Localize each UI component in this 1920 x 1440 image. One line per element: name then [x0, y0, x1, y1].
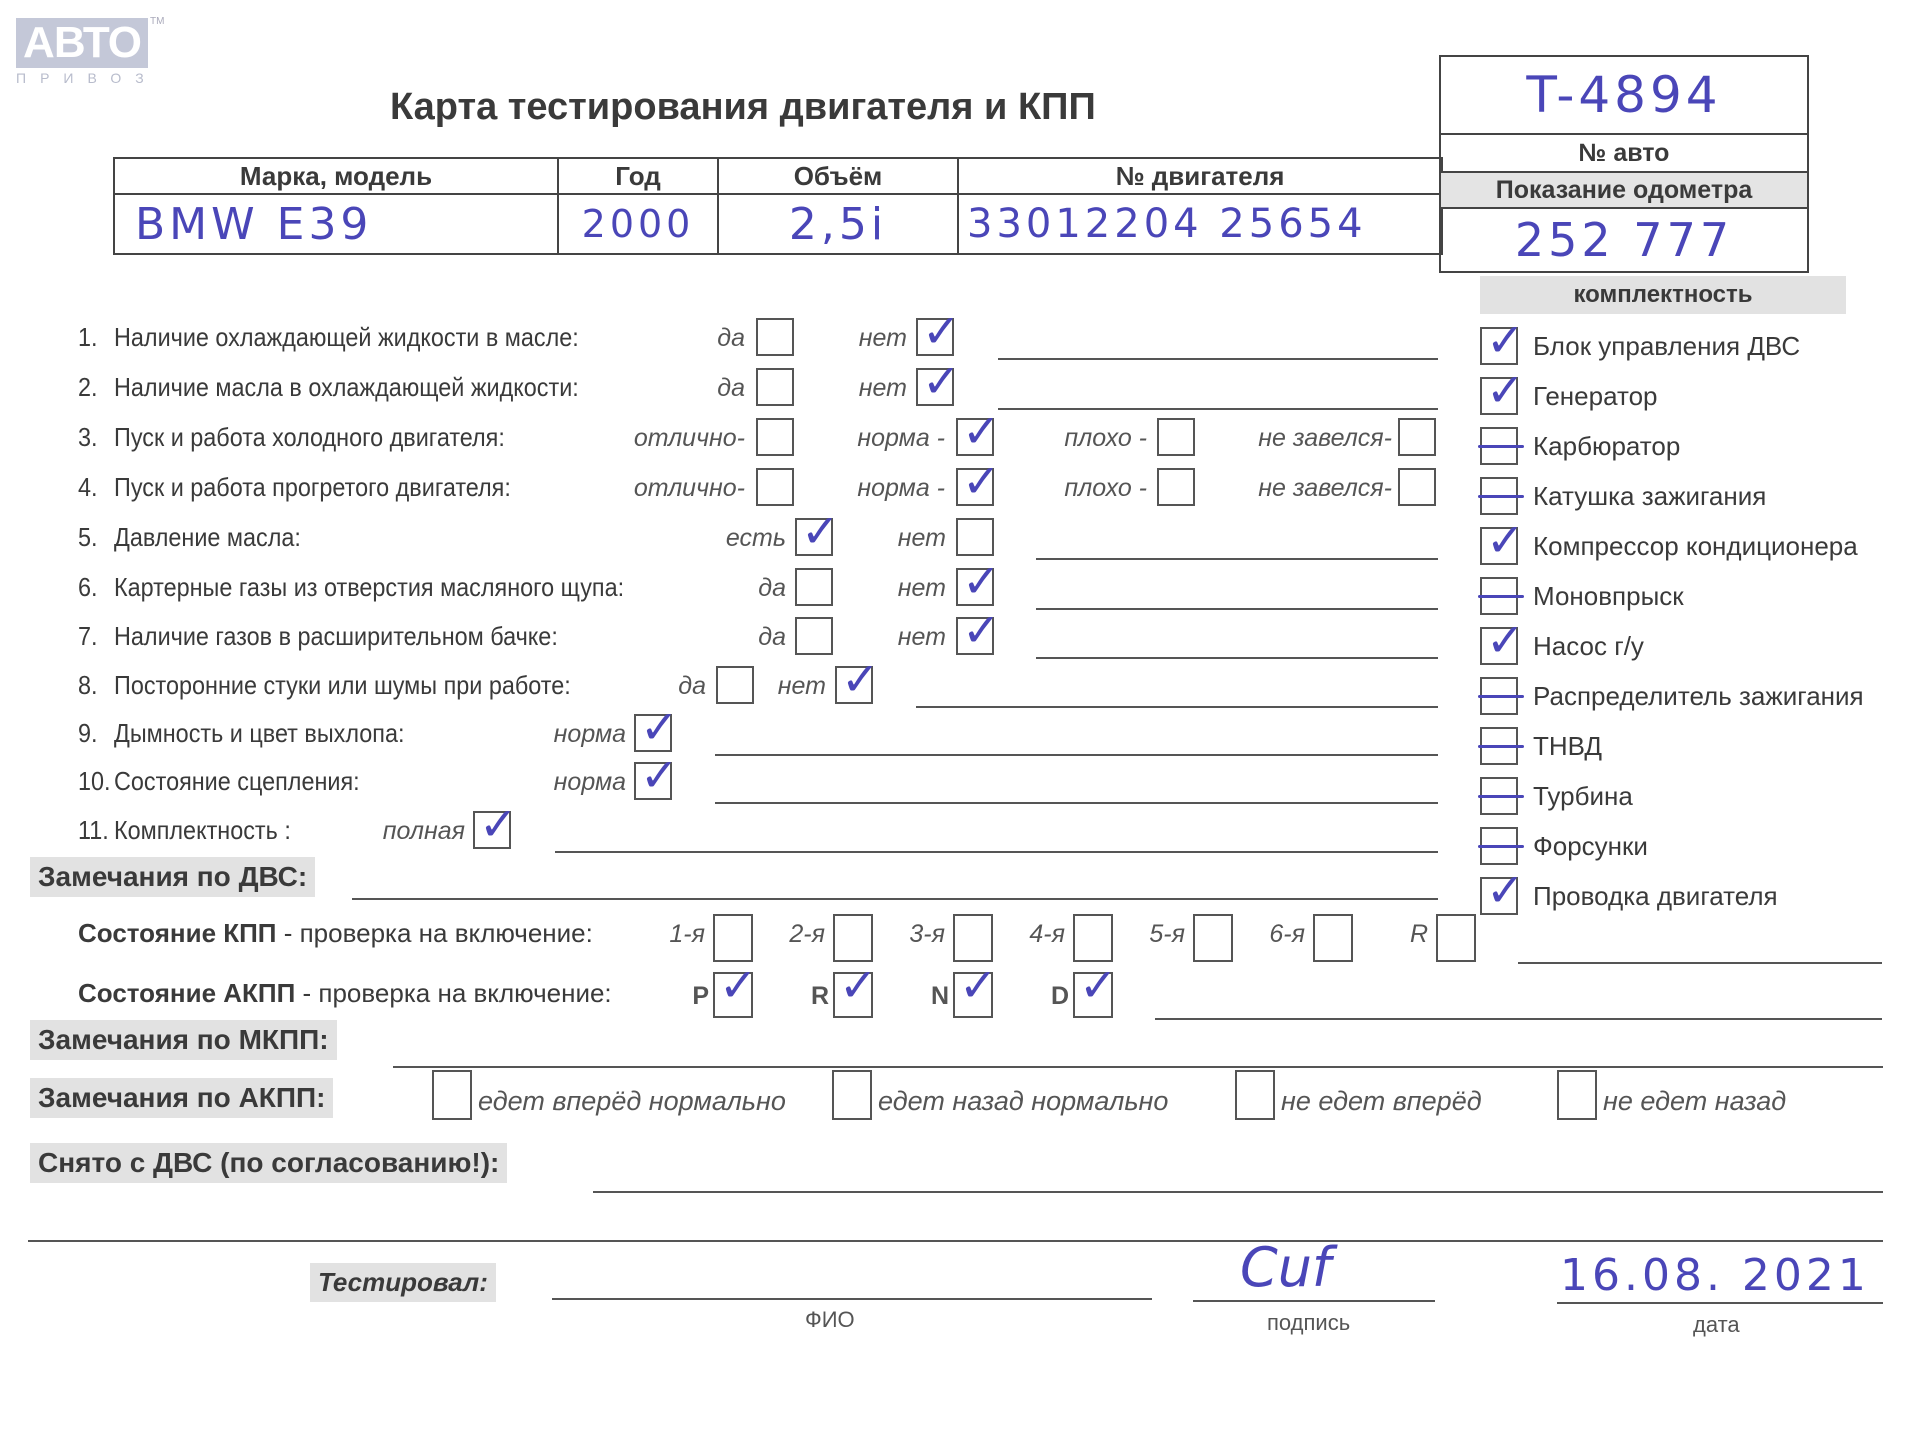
date-line[interactable] [1557, 1302, 1883, 1304]
check-label: Комплектность : [114, 815, 291, 845]
check-question-4: 4. Пуск и работа прогретого двигателя: [78, 472, 511, 503]
page-title: Карта тестирования двигателя и КПП [390, 86, 1096, 129]
completeness-checkbox-dash[interactable] [1480, 677, 1518, 715]
check-notes-line[interactable] [555, 851, 1438, 853]
completeness-checkbox-dash[interactable] [1480, 727, 1518, 765]
checkbox-unchecked[interactable] [716, 666, 754, 704]
check-number: 2. [78, 372, 114, 403]
checkbox-unchecked[interactable] [756, 368, 794, 406]
option-label: нет [898, 524, 946, 553]
logo-trademark: TM [150, 16, 164, 27]
option-label: да [717, 374, 745, 403]
check-number: 7. [78, 621, 114, 652]
auto-number-label: № авто [1441, 135, 1807, 173]
check-label: Давление масла: [114, 522, 301, 552]
option-label: не завелся- [1258, 474, 1392, 503]
gear-checkbox[interactable] [1193, 914, 1233, 962]
kpp-label: Состояние КПП - проверка на включение: [78, 918, 593, 949]
checkbox-checked[interactable] [795, 518, 833, 556]
gear-checkbox[interactable] [713, 914, 753, 962]
completeness-item-label: Карбюратор [1533, 431, 1680, 462]
akpp-mode-label: R [811, 982, 829, 1011]
gear-label: 1-я [669, 920, 705, 949]
akpp-remarks-line[interactable] [1155, 1018, 1882, 1020]
logo: АВТО [16, 18, 148, 68]
option-label: нет [898, 574, 946, 603]
option-label: норма [554, 720, 626, 749]
completeness-item-label: Турбина [1533, 781, 1633, 812]
akpp-mode-checkbox[interactable] [833, 972, 873, 1018]
check-label: Пуск и работа холодного двигателя: [114, 422, 505, 452]
completeness-item-label: Моновпрыск [1533, 581, 1684, 612]
check-number: 9. [78, 718, 114, 749]
option-label: полная [383, 817, 465, 846]
gear-label: 3-я [909, 920, 945, 949]
option-label: плохо - [1064, 424, 1147, 453]
make-model-field[interactable]: BMW E39 [114, 194, 558, 254]
checkbox-checked[interactable] [916, 318, 954, 356]
remarks-akpp-label: Замечания по АКПП: [30, 1078, 333, 1118]
gear-label: 6-я [1269, 920, 1305, 949]
vehicle-info-table: Марка, модель Год Объём № двигателя BMW … [113, 157, 1443, 255]
check-notes-line[interactable] [998, 408, 1438, 410]
check-label: Картерные газы из отверстия масляного щу… [114, 572, 624, 602]
checkbox-unchecked[interactable] [795, 617, 833, 655]
checkbox-checked[interactable] [634, 762, 672, 800]
akpp-mode-checkbox[interactable] [1073, 972, 1113, 1018]
completeness-checkbox-check[interactable] [1480, 377, 1518, 415]
checkbox-checked[interactable] [634, 714, 672, 752]
option-label: да [758, 574, 786, 603]
check-number: 8. [78, 670, 114, 701]
year-field[interactable]: 2000 [558, 194, 718, 254]
check-question-3: 3. Пуск и работа холодного двигателя: [78, 422, 505, 453]
kpp-label-rest: - проверка на включение: [277, 918, 593, 948]
completeness-item-label: Распределитель зажигания [1533, 681, 1864, 712]
checkbox-checked[interactable] [956, 617, 994, 655]
check-notes-line[interactable] [1036, 558, 1438, 560]
kpp-remarks-line[interactable] [1518, 962, 1882, 964]
date-field[interactable]: 16.08. 2021 [1560, 1250, 1870, 1301]
completeness-item-label: Форсунки [1533, 831, 1648, 862]
fio-label: ФИО [805, 1307, 855, 1333]
checkbox-unchecked[interactable] [1398, 418, 1436, 456]
gear-label: 2-я [789, 920, 825, 949]
remarks-engine-label: Замечания по ДВС: [30, 857, 315, 897]
akpp-mode-checkbox[interactable] [953, 972, 993, 1018]
option-label: норма - [857, 424, 945, 453]
signature: Cuf [1240, 1236, 1331, 1299]
odometer-field[interactable]: 252 777 [1441, 209, 1807, 271]
akpp-mode-label: D [1051, 982, 1069, 1011]
check-number: 11. [78, 815, 114, 846]
gear-checkbox[interactable] [1313, 914, 1353, 962]
date-label: дата [1693, 1312, 1740, 1338]
checkbox-unchecked[interactable] [756, 468, 794, 506]
option-label: нет [859, 324, 907, 353]
check-question-10: 10. Состояние сцепления: [78, 766, 360, 797]
check-number: 5. [78, 522, 114, 553]
removed-line-2[interactable] [28, 1240, 1883, 1242]
check-notes-line[interactable] [715, 754, 1438, 756]
option-label: норма - [857, 474, 945, 503]
completeness-checkbox-dash[interactable] [1480, 777, 1518, 815]
remarks-mkpp-label: Замечания по МКПП: [30, 1020, 337, 1060]
option-label: нет [859, 374, 907, 403]
completeness-item-label: Генератор [1533, 381, 1658, 412]
completeness-item-label: Блок управления ДВС [1533, 331, 1800, 362]
remarks-engine-line[interactable] [352, 898, 1438, 900]
check-question-8: 8. Посторонние стуки или шумы при работе… [78, 670, 571, 701]
auto-number-field[interactable]: T-4894 [1441, 57, 1807, 135]
gear-checkbox[interactable] [1073, 914, 1113, 962]
check-notes-line[interactable] [715, 802, 1438, 804]
check-label: Наличие масла в охлаждающей жидкости: [114, 372, 579, 402]
completeness-checkbox-check[interactable] [1480, 327, 1518, 365]
tested-by-label: Тестировал: [310, 1263, 496, 1302]
header-volume: Объём [718, 158, 958, 194]
completeness-item-label: Компрессор кондиционера [1533, 531, 1858, 562]
check-question-5: 5. Давление масла: [78, 522, 301, 553]
checkbox-unchecked[interactable] [1398, 468, 1436, 506]
check-label: Посторонние стуки или шумы при работе: [114, 670, 571, 700]
check-number: 6. [78, 572, 114, 603]
akpp-remark-label: не едет вперёд [1281, 1086, 1482, 1117]
gear-checkbox[interactable] [953, 914, 993, 962]
check-question-1: 1. Наличие охлаждающей жидкости в масле: [78, 322, 579, 353]
completeness-checkbox-check[interactable] [1480, 527, 1518, 565]
option-label: плохо - [1064, 474, 1147, 503]
akpp-label-rest: - проверка на включение: [295, 978, 611, 1008]
checkbox-unchecked[interactable] [795, 568, 833, 606]
akpp-label: Состояние АКПП - проверка на включение: [78, 978, 612, 1009]
akpp-remark-label: едет назад нормально [878, 1086, 1168, 1117]
signature-line[interactable] [1193, 1300, 1435, 1302]
check-label: Наличие охлаждающей жидкости в масле: [114, 322, 579, 352]
gear-checkbox[interactable] [1436, 914, 1476, 962]
completeness-item-label: Проводка двигателя [1533, 881, 1778, 912]
odometer-label: Показание одометра [1441, 173, 1807, 209]
completeness-checkbox-dash[interactable] [1480, 427, 1518, 465]
check-label: Пуск и работа прогретого двигателя: [114, 472, 511, 502]
akpp-remark-label: не едет назад [1603, 1086, 1786, 1117]
check-question-9: 9. Дымность и цвет выхлопа: [78, 718, 404, 749]
check-question-7: 7. Наличие газов в расширительном бачке: [78, 621, 558, 652]
completeness-checkbox-check[interactable] [1480, 877, 1518, 915]
checkbox-checked[interactable] [956, 468, 994, 506]
removed-label: Снято с ДВС (по согласованию!): [30, 1143, 507, 1183]
check-notes-line[interactable] [998, 358, 1438, 360]
option-label: да [678, 672, 706, 701]
removed-line-1[interactable] [593, 1191, 1883, 1193]
option-label: да [758, 623, 786, 652]
checkbox-unchecked[interactable] [756, 418, 794, 456]
checkbox-checked[interactable] [835, 666, 873, 704]
akpp-remark-checkbox[interactable] [1235, 1070, 1275, 1120]
engine-number-field[interactable]: 33012204 25654 [958, 194, 1442, 254]
option-label: отлично- [634, 474, 745, 503]
completeness-checkbox-dash[interactable] [1480, 827, 1518, 865]
kpp-label-bold: Состояние КПП [78, 918, 277, 948]
option-label: да [717, 324, 745, 353]
option-label: есть [726, 524, 786, 553]
gear-label: 4-я [1029, 920, 1065, 949]
checkbox-checked[interactable] [956, 418, 994, 456]
completeness-item-label: ТНВД [1533, 731, 1602, 762]
check-number: 3. [78, 422, 114, 453]
completeness-checkbox-dash[interactable] [1480, 477, 1518, 515]
header-make-model: Марка, модель [114, 158, 558, 194]
check-question-11: 11. Комплектность : [78, 815, 291, 846]
checkbox-unchecked[interactable] [756, 318, 794, 356]
completeness-item-label: Насос г/у [1533, 631, 1644, 662]
check-number: 4. [78, 472, 114, 503]
checkbox-unchecked[interactable] [956, 518, 994, 556]
akpp-mode-label: N [931, 982, 949, 1011]
check-label: Дымность и цвет выхлопа: [114, 718, 404, 748]
auto-odometer-box: T-4894 № авто Показание одометра 252 777 [1439, 55, 1809, 273]
fio-line[interactable] [552, 1298, 1152, 1300]
signature-label: подпись [1267, 1310, 1350, 1336]
akpp-label-bold: Состояние АКПП [78, 978, 295, 1008]
akpp-remark-checkbox[interactable] [1557, 1070, 1597, 1120]
check-label: Наличие газов в расширительном бачке: [114, 621, 558, 651]
completeness-checkbox-check[interactable] [1480, 627, 1518, 665]
akpp-remark-checkbox[interactable] [432, 1070, 472, 1120]
gear-label: 5-я [1149, 920, 1185, 949]
check-question-6: 6. Картерные газы из отверстия масляного… [78, 572, 624, 603]
option-label: норма [554, 768, 626, 797]
gear-checkbox[interactable] [833, 914, 873, 962]
check-question-2: 2. Наличие масла в охлаждающей жидкости: [78, 372, 579, 403]
header-engine-number: № двигателя [958, 158, 1442, 194]
header-year: Год [558, 158, 718, 194]
check-notes-line[interactable] [916, 706, 1438, 708]
volume-field[interactable]: 2,5i [718, 194, 958, 254]
gear-label: R [1410, 920, 1428, 949]
option-label: не завелся- [1258, 424, 1392, 453]
akpp-mode-label: P [692, 982, 709, 1011]
completeness-header: комплектность [1480, 276, 1846, 314]
option-label: нет [778, 672, 826, 701]
checkbox-checked[interactable] [916, 368, 954, 406]
logo-subtitle: ПРИВОЗ [16, 70, 158, 86]
check-label: Состояние сцепления: [114, 766, 360, 796]
remarks-mkpp-line[interactable] [393, 1066, 1883, 1068]
completeness-item-label: Катушка зажигания [1533, 481, 1766, 512]
check-notes-line[interactable] [1036, 608, 1438, 610]
akpp-mode-checkbox[interactable] [713, 972, 753, 1018]
check-notes-line[interactable] [1036, 657, 1438, 659]
checkbox-unchecked[interactable] [1157, 418, 1195, 456]
checkbox-checked[interactable] [956, 568, 994, 606]
akpp-remark-checkbox[interactable] [832, 1070, 872, 1120]
completeness-checkbox-dash[interactable] [1480, 577, 1518, 615]
checkbox-unchecked[interactable] [1157, 468, 1195, 506]
option-label: отлично- [634, 424, 745, 453]
akpp-remark-label: едет вперёд нормально [478, 1086, 786, 1117]
check-number: 10. [78, 766, 114, 797]
checkbox-checked[interactable] [473, 811, 511, 849]
option-label: нет [898, 623, 946, 652]
check-number: 1. [78, 322, 114, 353]
